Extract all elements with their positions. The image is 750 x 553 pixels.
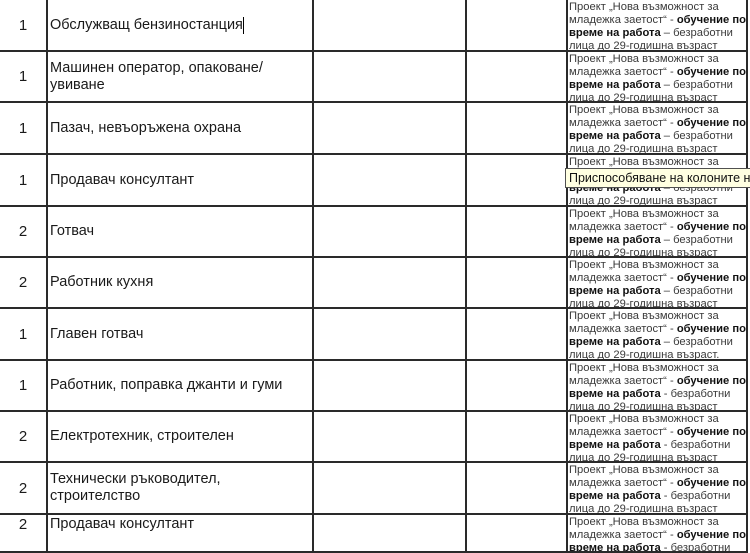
cell-empty-3[interactable] — [314, 155, 465, 205]
cell-position[interactable]: Машинен оператор, опаковане/увиване — [48, 52, 310, 101]
cell-position[interactable]: Работник, поправка джанти и гуми — [48, 361, 310, 410]
cell-empty-3[interactable] — [314, 515, 465, 551]
cell-count[interactable]: 1 — [0, 52, 46, 101]
cell-empty-3[interactable] — [314, 463, 465, 513]
cell-position[interactable]: Работник кухня — [48, 258, 310, 307]
cell-note[interactable]: Проект „Нова възможност за младежка зает… — [568, 207, 748, 256]
cell-count[interactable]: 2 — [0, 463, 46, 513]
cell-empty-3[interactable] — [314, 258, 465, 307]
cell-empty-3[interactable] — [314, 0, 465, 50]
cell-position[interactable]: Продавач консултант — [48, 515, 310, 551]
cell-count[interactable]: 2 — [0, 515, 46, 551]
cell-note[interactable]: Проект „Нова възможност за младежка зает… — [568, 412, 748, 461]
cell-empty-4[interactable] — [467, 0, 566, 50]
cell-position[interactable]: Готвач — [48, 207, 310, 256]
position-text: Работник, поправка джанти и гуми — [50, 377, 282, 394]
cell-empty-4[interactable] — [467, 361, 566, 410]
position-text: Обслужващ бензиностанция — [50, 17, 243, 34]
position-text: Работник кухня — [50, 274, 153, 291]
cell-note[interactable]: Проект „Нова възможност за младежка зает… — [568, 309, 748, 359]
cell-position[interactable]: Пазач, невъоръжена охрана — [48, 103, 310, 153]
cell-position[interactable]: Технически ръководител, строителство — [48, 463, 310, 513]
cell-position[interactable]: Продавач консултант — [48, 155, 310, 205]
cell-count[interactable]: 2 — [0, 258, 46, 307]
document-table: 1Обслужващ бензиностанцияПроект „Нова въ… — [0, 0, 750, 553]
cell-count[interactable]: 1 — [0, 155, 46, 205]
cell-empty-4[interactable] — [467, 258, 566, 307]
cell-empty-4[interactable] — [467, 515, 566, 551]
cell-note[interactable]: Проект „Нова възможност за младежка зает… — [568, 258, 748, 307]
cell-count[interactable]: 1 — [0, 309, 46, 359]
cell-empty-4[interactable] — [467, 103, 566, 153]
cell-count[interactable]: 2 — [0, 412, 46, 461]
cell-empty-3[interactable] — [314, 412, 465, 461]
cell-empty-4[interactable] — [467, 309, 566, 359]
cell-count[interactable]: 1 — [0, 361, 46, 410]
position-text: Машинен оператор, опаковане/увиване — [50, 60, 310, 94]
text-cursor — [243, 17, 244, 34]
note-suffix: - безработни — [661, 542, 731, 551]
cell-empty-3[interactable] — [314, 52, 465, 101]
position-text: Готвач — [50, 223, 94, 240]
cell-note[interactable]: Проект „Нова възможност за младежка зает… — [568, 52, 748, 101]
cell-note[interactable]: Проект „Нова възможност за младежка зает… — [568, 361, 748, 410]
cell-empty-3[interactable] — [314, 103, 465, 153]
position-text: Технически ръководител, строителство — [50, 471, 310, 505]
cell-empty-4[interactable] — [467, 207, 566, 256]
cell-empty-3[interactable] — [314, 309, 465, 359]
cell-note[interactable]: Проект „Нова възможност за младежка зает… — [568, 0, 748, 50]
cell-empty-3[interactable] — [314, 361, 465, 410]
position-text: Главен готвач — [50, 326, 143, 343]
position-text: Продавач консултант — [50, 516, 194, 533]
cell-count[interactable]: 2 — [0, 207, 46, 256]
position-text: Продавач консултант — [50, 172, 194, 189]
position-text: Електротехник, строителен — [50, 428, 234, 445]
tooltip: Приспособяване на колоните на — [565, 168, 750, 188]
position-text: Пазач, невъоръжена охрана — [50, 120, 241, 137]
cell-empty-4[interactable] — [467, 463, 566, 513]
cell-position[interactable]: Електротехник, строителен — [48, 412, 310, 461]
cell-count[interactable]: 1 — [0, 0, 46, 50]
cell-note[interactable]: Проект „Нова възможност за младежка зает… — [568, 515, 748, 551]
cell-position[interactable]: Главен готвач — [48, 309, 310, 359]
cell-empty-4[interactable] — [467, 155, 566, 205]
cell-note[interactable]: Проект „Нова възможност за младежка зает… — [568, 463, 748, 513]
cell-empty-4[interactable] — [467, 412, 566, 461]
cell-count[interactable]: 1 — [0, 103, 46, 153]
cell-position[interactable]: Обслужващ бензиностанция — [48, 0, 310, 50]
cell-empty-3[interactable] — [314, 207, 465, 256]
cell-empty-4[interactable] — [467, 52, 566, 101]
cell-note[interactable]: Проект „Нова възможност за младежка зает… — [568, 103, 748, 153]
